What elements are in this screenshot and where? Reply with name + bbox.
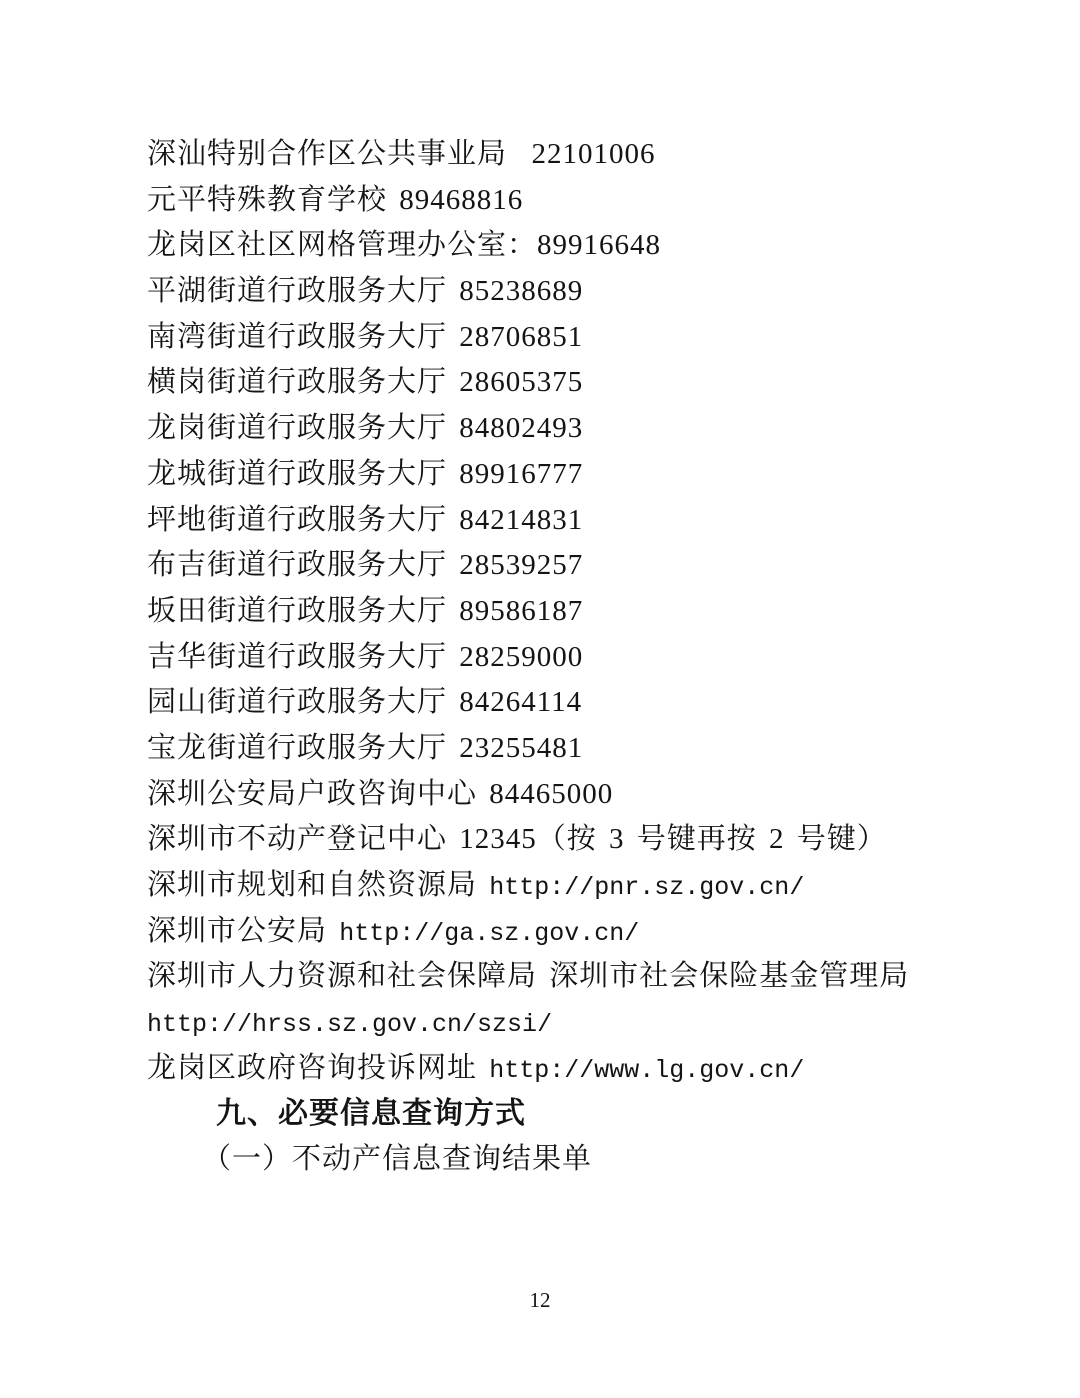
- contact-line: 南湾街道行政服务大厅 28706851: [147, 315, 1040, 361]
- contact-text: 宝龙街道行政服务大厅 23255481: [147, 732, 583, 764]
- contact-line: 平湖街道行政服务大厅 85238689: [147, 269, 1040, 315]
- contact-text: 坂田街道行政服务大厅 89586187: [147, 595, 583, 627]
- contact-text: 深汕特别合作区公共事业局 22101006: [147, 138, 656, 170]
- page-number: 12: [0, 1286, 1080, 1314]
- contact-line: 龙岗区政府咨询投诉网址 http://www.lg.gov.cn/: [147, 1046, 1040, 1092]
- contact-line: 园山街道行政服务大厅 84264114: [147, 680, 1040, 726]
- contact-text: 龙岗区政府咨询投诉网址: [147, 1052, 489, 1084]
- contact-text: 园山街道行政服务大厅 84264114: [147, 686, 582, 718]
- contact-text: 深圳市人力资源和社会保障局 深圳市社会保险基金管理局: [147, 960, 909, 992]
- document-page: 深汕特别合作区公共事业局 22101006 元平特殊教育学校 89468816 …: [0, 0, 1080, 1398]
- contact-line: 深圳市人力资源和社会保障局 深圳市社会保险基金管理局: [147, 954, 1040, 1000]
- contact-text: 龙岗街道行政服务大厅 84802493: [147, 412, 583, 444]
- contact-line: 布吉街道行政服务大厅 28539257: [147, 543, 1040, 589]
- contact-text: 横岗街道行政服务大厅 28605375: [147, 366, 583, 398]
- contact-text: 坪地街道行政服务大厅 84214831: [147, 504, 583, 536]
- contact-text: 布吉街道行政服务大厅 28539257: [147, 549, 583, 581]
- contact-text: 深圳市规划和自然资源局: [147, 869, 489, 901]
- contact-line: 吉华街道行政服务大厅 28259000: [147, 635, 1040, 681]
- contact-url: http://pnr.sz.gov.cn/: [489, 873, 804, 902]
- contact-text: 元平特殊教育学校 89468816: [147, 184, 523, 216]
- contact-url: http://www.lg.gov.cn/: [489, 1056, 804, 1085]
- contact-line: 深圳市公安局 http://ga.sz.gov.cn/: [147, 909, 1040, 955]
- contact-line: 龙岗区社区网格管理办公室：89916648: [147, 223, 1040, 269]
- contact-line: 深汕特别合作区公共事业局 22101006: [147, 132, 1040, 178]
- section-heading: 九、必要信息查询方式: [147, 1091, 1040, 1137]
- contact-line: 宝龙街道行政服务大厅 23255481: [147, 726, 1040, 772]
- contact-text: 深圳市公安局: [147, 915, 339, 947]
- contact-line: 坪地街道行政服务大厅 84214831: [147, 498, 1040, 544]
- contact-line: 坂田街道行政服务大厅 89586187: [147, 589, 1040, 635]
- contact-text: 深圳公安局户政咨询中心 84465000: [147, 778, 613, 810]
- contact-line: 横岗街道行政服务大厅 28605375: [147, 360, 1040, 406]
- contact-text: 平湖街道行政服务大厅 85238689: [147, 275, 583, 307]
- contact-line: 深圳市不动产登记中心 12345（按 3 号键再按 2 号键）: [147, 817, 1040, 863]
- contact-line: 深圳公安局户政咨询中心 84465000: [147, 772, 1040, 818]
- contact-url: http://ga.sz.gov.cn/: [339, 919, 639, 948]
- contact-line: 元平特殊教育学校 89468816: [147, 178, 1040, 224]
- contact-line: 龙城街道行政服务大厅 89916777: [147, 452, 1040, 498]
- contact-line: 深圳市规划和自然资源局 http://pnr.sz.gov.cn/: [147, 863, 1040, 909]
- sub-heading: （一）不动产信息查询结果单: [147, 1137, 1040, 1183]
- contact-text: 深圳市不动产登记中心 12345（按 3 号键再按 2 号键）: [147, 823, 887, 855]
- contact-text: 南湾街道行政服务大厅 28706851: [147, 321, 583, 353]
- contact-line: 龙岗街道行政服务大厅 84802493: [147, 406, 1040, 452]
- contact-text: 龙城街道行政服务大厅 89916777: [147, 458, 583, 490]
- contact-url: http://hrss.sz.gov.cn/szsi/: [147, 1010, 552, 1039]
- contact-list: 深汕特别合作区公共事业局 22101006 元平特殊教育学校 89468816 …: [147, 132, 1040, 1183]
- contact-text: 吉华街道行政服务大厅 28259000: [147, 641, 583, 673]
- contact-line: http://hrss.sz.gov.cn/szsi/: [147, 1000, 1040, 1046]
- contact-text: 龙岗区社区网格管理办公室：89916648: [147, 229, 661, 261]
